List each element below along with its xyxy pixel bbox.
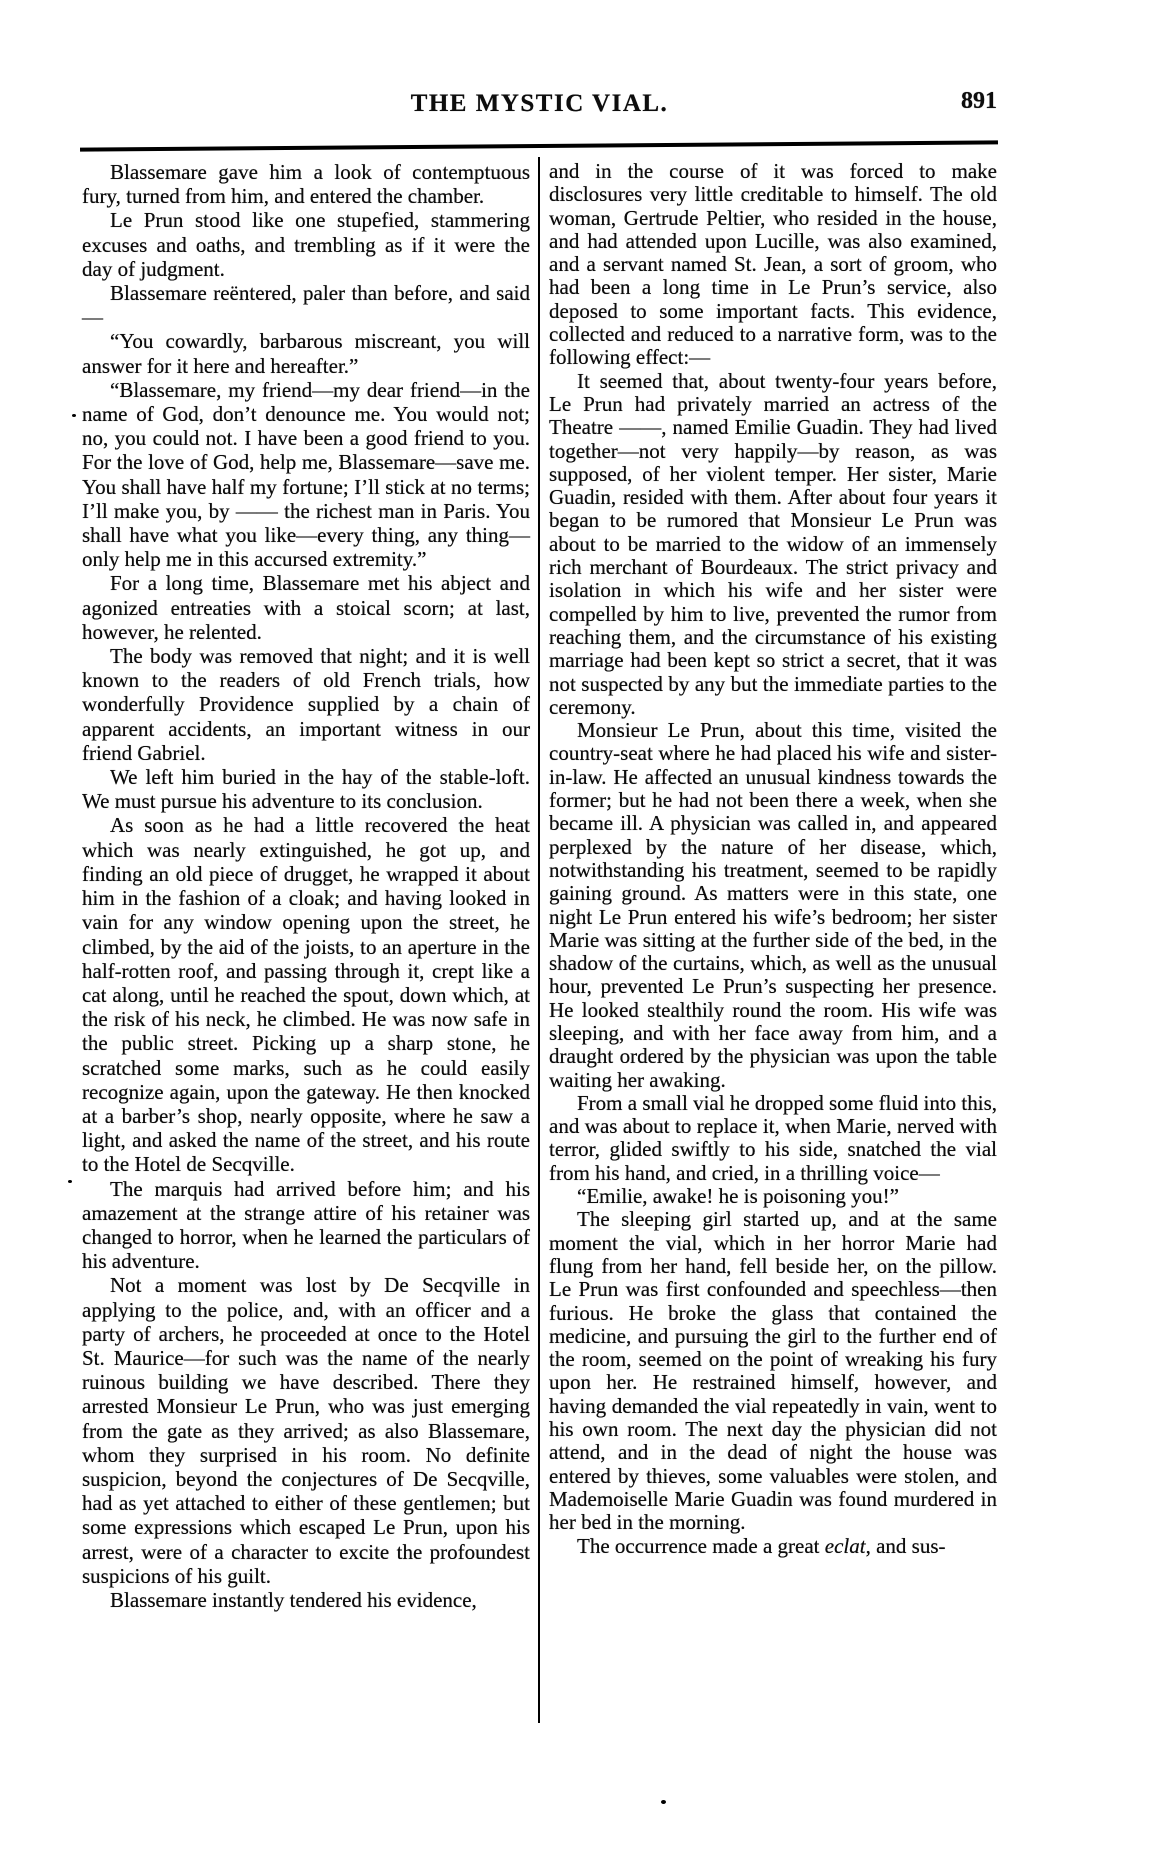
right-column-paragraphs: and in the course of it was forced to ma… bbox=[549, 160, 997, 1535]
paragraph: “You cowardly, barbarous miscreant, you … bbox=[82, 329, 530, 377]
paragraph: Blassemare reëntered, paler than before,… bbox=[82, 281, 530, 329]
paragraph: The marquis had arrived before him; and … bbox=[82, 1177, 530, 1274]
paragraph: The sleeping girl started up, and at the… bbox=[549, 1208, 997, 1534]
header-rule bbox=[80, 140, 998, 151]
right-column: and in the course of it was forced to ma… bbox=[549, 160, 997, 1558]
paragraph: Monsieur Le Prun, about this time, visit… bbox=[549, 719, 997, 1092]
closing-text-post: , and sus- bbox=[866, 1534, 946, 1558]
paragraph: and in the course of it was forced to ma… bbox=[549, 160, 997, 370]
paragraph: As soon as he had a little recovered the… bbox=[82, 813, 530, 1176]
page-number: 891 bbox=[897, 88, 997, 115]
scan-speck bbox=[72, 414, 76, 417]
scan-speck bbox=[68, 1180, 72, 1183]
paragraph: From a small vial he dropped some fluid … bbox=[549, 1092, 997, 1185]
column-divider bbox=[538, 157, 540, 1723]
book-page: THE MYSTIC VIAL. 891 Blassemare gave him… bbox=[0, 0, 1176, 1850]
paragraph: Not a moment was lost by De Secqville in… bbox=[82, 1273, 530, 1588]
paragraph: Blassemare gave him a look of contemptuo… bbox=[82, 160, 530, 208]
paragraph: “Emilie, awake! he is poisoning you!” bbox=[549, 1185, 997, 1208]
paragraph: For a long time, Blassemare met his abje… bbox=[82, 571, 530, 644]
paragraph: The body was removed that night; and it … bbox=[82, 644, 530, 765]
scan-speck bbox=[661, 1800, 666, 1804]
closing-text-pre: The occurrence made a great bbox=[577, 1534, 825, 1558]
page-title: THE MYSTIC VIAL. bbox=[82, 90, 997, 118]
closing-paragraph: The occurrence made a great eclat, and s… bbox=[549, 1535, 997, 1558]
paragraph: We left him buried in the hay of the sta… bbox=[82, 765, 530, 813]
paragraph: It seemed that, about twenty-four years … bbox=[549, 370, 997, 719]
closing-text-italic: eclat bbox=[825, 1534, 866, 1558]
paragraph: Le Prun stood like one stupefied, stamme… bbox=[82, 208, 530, 281]
paragraph: “Blassemare, my friend—my dear friend—in… bbox=[82, 378, 530, 572]
left-column: Blassemare gave him a look of contemptuo… bbox=[82, 160, 530, 1612]
paragraph: Blassemare instantly tendered his eviden… bbox=[82, 1588, 530, 1612]
